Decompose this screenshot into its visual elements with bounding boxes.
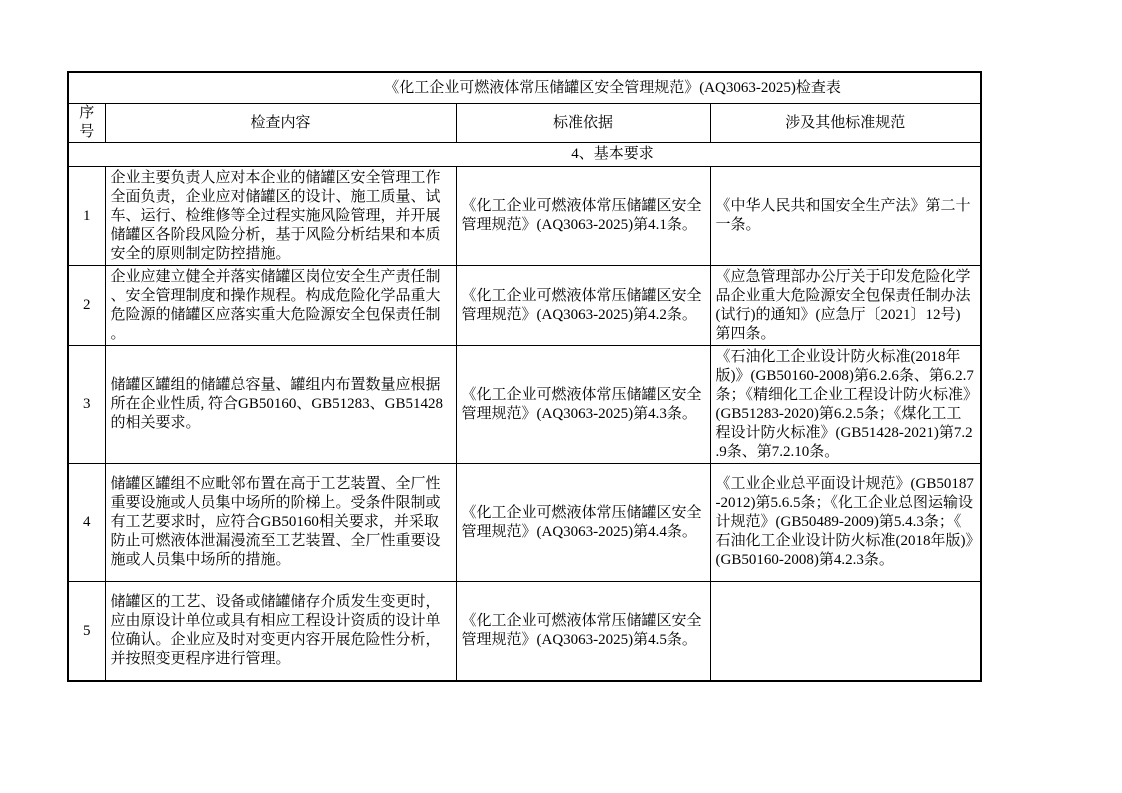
- table-row: 5 储罐区的工艺、设备或储罐储存介质发生变更时，应由原设计单位或具有相应工程设计…: [68, 582, 981, 682]
- table-row: 1 企业主要负责人应对本企业的储罐区安全管理工作全面负责，企业应对储罐区的设计、…: [68, 167, 981, 266]
- table-row: 3 储罐区罐组的储罐总容量、罐组内布置数量应根据所在企业性质, 符合GB5016…: [68, 346, 981, 464]
- section-row: 4、基本要求: [68, 143, 981, 167]
- check-content-cell: 企业应建立健全并落实储罐区岗位安全生产责任制、安全管理制度和操作规程。构成危险化…: [105, 266, 456, 346]
- row-number: 3: [68, 346, 105, 464]
- header-row: 序号 检查内容 标准依据 涉及其他标准规范: [68, 104, 981, 143]
- title-row: 《化工企业可燃液体常压储罐区安全管理规范》(AQ3063-2025)检查表: [68, 72, 981, 104]
- row-number: 5: [68, 582, 105, 682]
- standard-basis-cell: 《化工企业可燃液体常压储罐区安全管理规范》(AQ3063-2025)第4.3条。: [456, 346, 710, 464]
- other-standards-cell: 《应急管理部办公厅关于印发危险化学品企业重大危险源安全包保责任制办法(试行)的通…: [710, 266, 981, 346]
- check-content-cell: 企业主要负责人应对本企业的储罐区安全管理工作全面负责，企业应对储罐区的设计、施工…: [105, 167, 456, 266]
- section-header: 4、基本要求: [68, 143, 981, 167]
- standard-basis-cell: 《化工企业可燃液体常压储罐区安全管理规范》(AQ3063-2025)第4.1条。: [456, 167, 710, 266]
- column-header-standard-basis: 标准依据: [456, 104, 710, 143]
- row-number: 2: [68, 266, 105, 346]
- standard-basis-cell: 《化工企业可燃液体常压储罐区安全管理规范》(AQ3063-2025)第4.4条。: [456, 464, 710, 582]
- column-header-no: 序号: [68, 104, 105, 143]
- document-sheet: 《化工企业可燃液体常压储罐区安全管理规范》(AQ3063-2025)检查表 序号…: [67, 71, 982, 682]
- check-content-cell: 储罐区罐组的储罐总容量、罐组内布置数量应根据所在企业性质, 符合GB50160、…: [105, 346, 456, 464]
- table-row: 4 储罐区罐组不应毗邻布置在高于工艺装置、全厂性重要设施或人员集中场所的阶梯上。…: [68, 464, 981, 582]
- table-title: 《化工企业可燃液体常压储罐区安全管理规范》(AQ3063-2025)检查表: [68, 72, 981, 104]
- other-standards-cell: 《中华人民共和国安全生产法》第二十一条。: [710, 167, 981, 266]
- table-row: 2 企业应建立健全并落实储罐区岗位安全生产责任制、安全管理制度和操作规程。构成危…: [68, 266, 981, 346]
- standard-basis-cell: 《化工企业可燃液体常压储罐区安全管理规范》(AQ3063-2025)第4.2条。: [456, 266, 710, 346]
- other-standards-cell: 《工业企业总平面设计规范》(GB50187-2012)第5.6.5条；《化工企业…: [710, 464, 981, 582]
- column-header-other-standards: 涉及其他标准规范: [710, 104, 981, 143]
- column-header-check-content: 检查内容: [105, 104, 456, 143]
- check-content-cell: 储罐区罐组不应毗邻布置在高于工艺装置、全厂性重要设施或人员集中场所的阶梯上。受条…: [105, 464, 456, 582]
- row-number: 1: [68, 167, 105, 266]
- standard-basis-cell: 《化工企业可燃液体常压储罐区安全管理规范》(AQ3063-2025)第4.5条。: [456, 582, 710, 682]
- checklist-table: 《化工企业可燃液体常压储罐区安全管理规范》(AQ3063-2025)检查表 序号…: [67, 71, 982, 682]
- row-number: 4: [68, 464, 105, 582]
- check-content-cell: 储罐区的工艺、设备或储罐储存介质发生变更时，应由原设计单位或具有相应工程设计资质…: [105, 582, 456, 682]
- other-standards-cell: 《石油化工企业设计防火标准(2018年版)》(GB50160-2008)第6.2…: [710, 346, 981, 464]
- other-standards-cell: [710, 582, 981, 682]
